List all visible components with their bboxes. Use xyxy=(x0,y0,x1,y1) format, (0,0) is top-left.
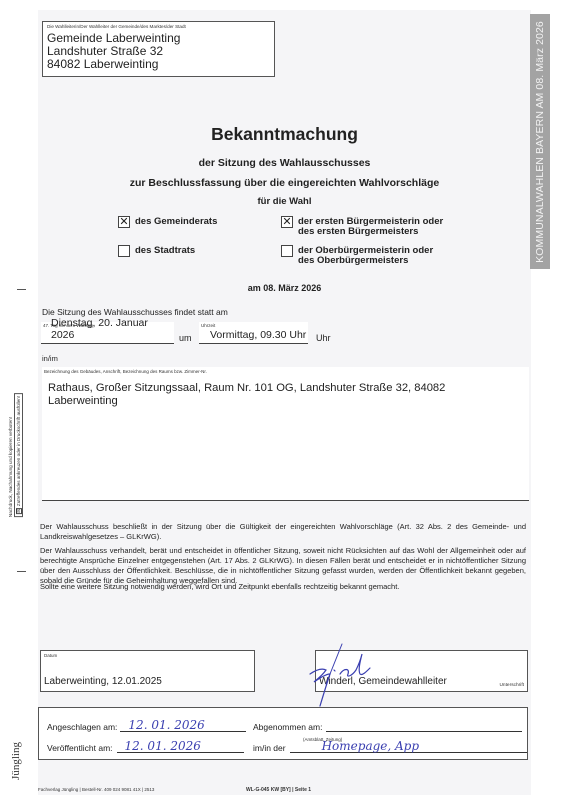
copyright-notice: Nachdruck, Nachahmung und kopieren verbo… xyxy=(4,330,26,580)
posted-label: Angeschlagen am: xyxy=(47,722,117,732)
published-in-hint: (Amtsblatt, Zeitung) xyxy=(303,737,342,742)
election-date: am 08. März 2026 xyxy=(38,283,531,293)
meeting-time-label: Uhrzeit xyxy=(201,323,215,328)
sender-label: Die Wahlleiterin/Der Wahlleiter der Geme… xyxy=(47,24,270,29)
copyright-notice-line1: Nachdruck, Nachahmung und kopieren verbo… xyxy=(7,393,14,517)
um-label: um xyxy=(179,333,192,343)
meeting-place-field[interactable]: Bezeichnung des Gebäudes, Anschrift, Bez… xyxy=(42,367,529,501)
paragraph-further-session: Sollte eine weitere Sitzung notwendig we… xyxy=(40,582,526,592)
meeting-date-field[interactable]: 47. Tag vor dem Wahltag Dienstag, 20. Ja… xyxy=(41,322,174,344)
option-stadtrat[interactable]: des Stadtrats xyxy=(118,245,195,257)
meeting-time-field[interactable]: Uhrzeit Vormittag, 09.30 Uhr xyxy=(199,322,308,344)
removed-label: Abgenommen am: xyxy=(253,722,322,732)
meeting-place-label: Bezeichnung des Gebäudes, Anschrift, Bez… xyxy=(44,369,207,374)
handwritten-signature xyxy=(306,640,376,710)
published-label: Veröffentlicht am: xyxy=(47,743,113,753)
paragraph-public-session: Der Wahlausschuss verhandelt, berät und … xyxy=(40,546,526,586)
sender-address: Gemeinde Laberweinting Landshuter Straße… xyxy=(47,32,270,71)
fold-mark xyxy=(17,289,26,290)
checkbox[interactable]: ✕ xyxy=(118,216,130,228)
footer-left: Fachverlag Jüngling | Bestell-Nr. 409 02… xyxy=(38,787,154,792)
subtitle: der Sitzung des Wahlausschusses xyxy=(38,157,531,169)
copyright-notice-line2: Zutreffendes ankreuzen oder in Druckschr… xyxy=(15,396,22,506)
meeting-time-value: Vormittag, 09.30 Uhr xyxy=(210,329,306,341)
option-erster-buergermeister[interactable]: ✕ der ersten Bürgermeisterin oderdes ers… xyxy=(281,216,443,237)
checkbox[interactable] xyxy=(118,245,130,257)
checkbox[interactable]: ✕ xyxy=(281,216,293,228)
publisher-logo-text: Jüngling xyxy=(10,742,22,780)
in-im-label: in/im xyxy=(42,354,58,363)
date-label: Datum xyxy=(44,653,57,658)
option-label: der Oberbürgermeisterin oderdes Oberbürg… xyxy=(298,245,433,266)
option-label: der ersten Bürgermeisterin oderdes erste… xyxy=(298,216,443,237)
sender-box: Die Wahlleiterin/Der Wahlleiter der Geme… xyxy=(42,21,275,77)
subtitle: für die Wahl xyxy=(38,196,531,207)
posting-box: Angeschlagen am: 12. 01. 2026 Abgenommen… xyxy=(38,707,528,760)
option-label: des Gemeinderats xyxy=(135,216,217,227)
posted-value: 12. 01. 2026 xyxy=(128,718,204,732)
instruction-checkbox-icon: ☒ xyxy=(16,508,22,514)
posted-row: Angeschlagen am: 12. 01. 2026 xyxy=(47,718,246,732)
checkbox[interactable] xyxy=(281,245,293,257)
meeting-intro: Die Sitzung des Wahlausschusses findet s… xyxy=(42,307,228,317)
published-field[interactable]: 12. 01. 2026 xyxy=(117,739,244,753)
meeting-date-value: Dienstag, 20. Januar 2026 xyxy=(51,317,174,341)
meeting-place-value: Rathaus, Großer Sitzungssaal, Raum Nr. 1… xyxy=(48,382,518,407)
published-in-row: im/in der Homepage, App xyxy=(253,739,527,753)
side-banner-text: KOMMUNALWAHLEN BAYERN AM 08. März 2026 xyxy=(534,21,546,263)
uhr-label: Uhr xyxy=(316,333,331,343)
page-title: Bekanntmachung xyxy=(38,124,531,145)
date-value: Laberweinting, 12.01.2025 xyxy=(44,676,162,687)
published-row: Veröffentlicht am: 12. 01. 2026 xyxy=(47,739,244,753)
published-value: 12. 01. 2026 xyxy=(125,739,201,753)
posted-field[interactable]: 12. 01. 2026 xyxy=(120,718,246,732)
fill-instruction: ☒ Zutreffendes ankreuzen oder in Drucksc… xyxy=(14,393,23,517)
date-box[interactable]: Datum Laberweinting, 12.01.2025 xyxy=(40,650,255,692)
option-label: des Stadtrats xyxy=(135,245,195,256)
signature-label: Unterschrift xyxy=(499,683,524,688)
paragraph-validity: Der Wahlausschuss beschließt in der Sitz… xyxy=(40,522,526,542)
footer-right: WL-G-045 KW [BY] | Seite 1 xyxy=(246,787,311,793)
removed-field[interactable] xyxy=(326,718,522,732)
published-in-label: im/in der xyxy=(253,743,286,753)
option-gemeinderat[interactable]: ✕ des Gemeinderats xyxy=(118,216,217,228)
side-banner: KOMMUNALWAHLEN BAYERN AM 08. März 2026 xyxy=(530,14,550,269)
sender-line: 84082 Laberweinting xyxy=(47,58,270,71)
option-oberbuergermeister[interactable]: der Oberbürgermeisterin oderdes Oberbürg… xyxy=(281,245,433,266)
removed-row: Abgenommen am: xyxy=(253,718,522,732)
subtitle: zur Beschlussfassung über die eingereich… xyxy=(38,177,531,189)
publisher-logo: Jüngling xyxy=(6,736,26,786)
